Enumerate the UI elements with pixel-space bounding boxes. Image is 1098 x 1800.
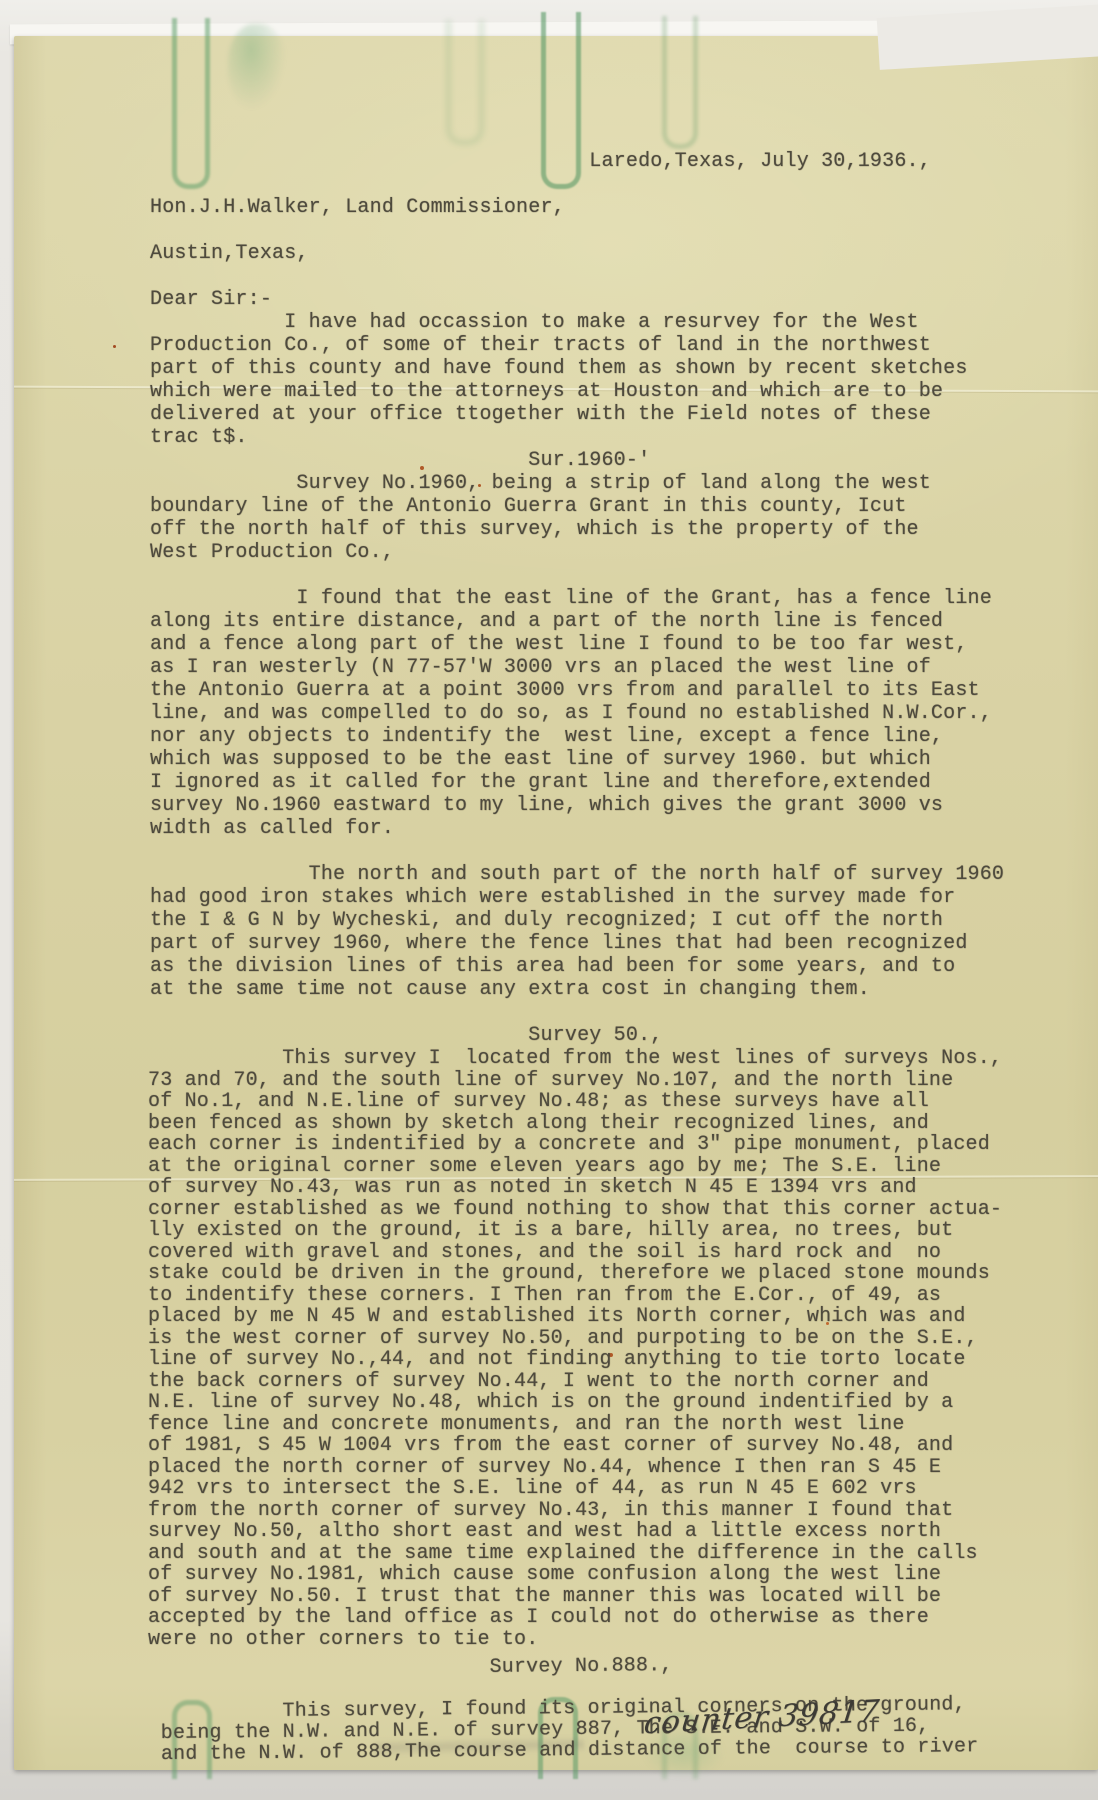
letter-line: off the north half of this survey, which…	[150, 518, 1004, 541]
letter-line: Hon.J.H.Walker, Land Commissioner,	[150, 196, 1004, 219]
letter-line	[150, 265, 1004, 288]
paperclip-imprint-top-right-faint	[662, 16, 698, 149]
letter-line: which was supposed to be the east line o…	[150, 748, 1004, 771]
letter-line: each corner is indentified by a concrete…	[148, 1134, 1002, 1156]
letter-line: and south and at the same time explained…	[148, 1543, 1002, 1565]
letter-line: I have had occassion to make a resurvey …	[150, 311, 1004, 334]
letter-line: as I ran westerly (N 77-57'W 3000 vrs an…	[150, 656, 1004, 679]
letter-line: Laredo,Texas, July 30,1936.,	[150, 150, 1004, 173]
letter-line: had good iron stakes which were establis…	[150, 886, 1004, 909]
letter-line: fence line and concrete monuments, and r…	[148, 1414, 1002, 1436]
letter-line: line of survey No.,44, and not finding a…	[148, 1349, 1002, 1371]
letter-line: is the west corner of survey No.50, and …	[148, 1328, 1002, 1350]
letter-line: Dear Sir:-	[150, 288, 1004, 311]
letter-line: survey No.1960 eastward to my line, whic…	[150, 794, 1004, 817]
letter-line: trac t$.	[150, 426, 1004, 449]
letter-line: survey No.50, altho short east and west …	[148, 1521, 1002, 1543]
letter-line: of survey No.1981, which cause some conf…	[148, 1564, 1002, 1586]
letter-line: been fenced as shown by sketch along the…	[148, 1113, 1002, 1135]
paperclip-imprint-top-center-faint	[446, 20, 484, 145]
letter-line: of survey No.43, was run as noted in ske…	[148, 1177, 1002, 1199]
letter-line: Austin,Texas,	[150, 242, 1004, 265]
letter-line: which were mailed to the attorneys at Ho…	[150, 380, 1004, 403]
letter-line: the I & G N by Wycheski, and duly recogn…	[150, 909, 1004, 932]
letter-line: Sur.1960-'	[150, 449, 1004, 472]
letter-line: Survey No.1960, being a strip of land al…	[150, 472, 1004, 495]
letter-line: were no other corners to tie to.	[148, 1629, 1002, 1651]
letter-line: to indentify these corners. I Then ran f…	[148, 1285, 1002, 1307]
letter-line: the Antonio Guerra at a point 3000 vrs f…	[150, 679, 1004, 702]
letter-line: along its entire distance, and a part of…	[150, 610, 1004, 633]
letter-line: corner established as we found nothing t…	[148, 1199, 1002, 1221]
letter-line: of survey No.50. I trust that the manner…	[148, 1586, 1002, 1608]
letter-line: placed the north corner of survey No.44,…	[148, 1457, 1002, 1479]
letter-line: covered with gravel and stones, and the …	[148, 1242, 1002, 1264]
letter-line: Production Co., of some of their tracts …	[150, 334, 1004, 357]
letter-line: This survey I located from the west line…	[148, 1048, 1002, 1070]
letter-line: N.E. line of survey No.48, which is on t…	[148, 1392, 1002, 1414]
letter-line: line, and was compelled to do so, as I f…	[150, 702, 1004, 725]
letter-line: delivered at your office ttogether with …	[150, 403, 1004, 426]
letter-line: of 1981, S 45 W 1004 vrs from the east c…	[148, 1435, 1002, 1457]
letter-section-survey-50: This survey I located from the west line…	[148, 1048, 1002, 1650]
letter-line: part of this county and have found them …	[150, 357, 1004, 380]
letter-line	[150, 219, 1004, 242]
letter-line: and a fence along part of the west line …	[150, 633, 1004, 656]
green-ink-smudge	[228, 24, 286, 110]
letter-line: as the division lines of this area had b…	[150, 955, 1004, 978]
paper-corner-wedge	[877, 2, 1098, 70]
letter-line: part of survey 1960, where the fence lin…	[150, 932, 1004, 955]
letter-line	[150, 564, 1004, 587]
letter-line: boundary line of the Antonio Guerra Gran…	[150, 495, 1004, 518]
letter-line: I ignored as it called for the grant lin…	[150, 771, 1004, 794]
letter-line: I found that the east line of the Grant,…	[150, 587, 1004, 610]
letter-line: 73 and 70, and the south line of survey …	[148, 1070, 1002, 1092]
letter-line: the back corners of survey No.44, I went…	[148, 1371, 1002, 1393]
letter-line: of No.1, and N.E.line of survey No.48; a…	[148, 1091, 1002, 1113]
rust-speck	[113, 345, 116, 348]
letter-line: width as called for.	[150, 817, 1004, 840]
letter-line: 942 vrs to intersect the S.E. line of 44…	[148, 1478, 1002, 1500]
letter-section-intro: Laredo,Texas, July 30,1936.,Hon.J.H.Walk…	[150, 150, 1004, 1047]
letter-line: accepted by the land office as I could n…	[148, 1607, 1002, 1629]
scan-background: { "colors": { "paper": "#dad3a6", "ink":…	[0, 0, 1098, 1800]
letter-line: lly existed on the ground, it is a bare,…	[148, 1220, 1002, 1242]
letter-line	[150, 840, 1004, 863]
letter-line	[150, 1001, 1004, 1024]
letter-line: nor any objects to indentify the west li…	[150, 725, 1004, 748]
letter-line: stake could be driven in the ground, the…	[148, 1263, 1002, 1285]
letter-line: The north and south part of the north ha…	[150, 863, 1004, 886]
letter-line: West Production Co.,	[150, 541, 1004, 564]
letter-line: from the north corner of survey No.43, i…	[148, 1500, 1002, 1522]
letter-line: placed by me N 45 W and established its …	[148, 1306, 1002, 1328]
letter-line: at the original corner some eleven years…	[148, 1156, 1002, 1178]
letter-line	[150, 173, 1004, 196]
letter-line: Survey 50.,	[150, 1024, 1004, 1047]
letter-line: at the same time not cause any extra cos…	[150, 978, 1004, 1001]
